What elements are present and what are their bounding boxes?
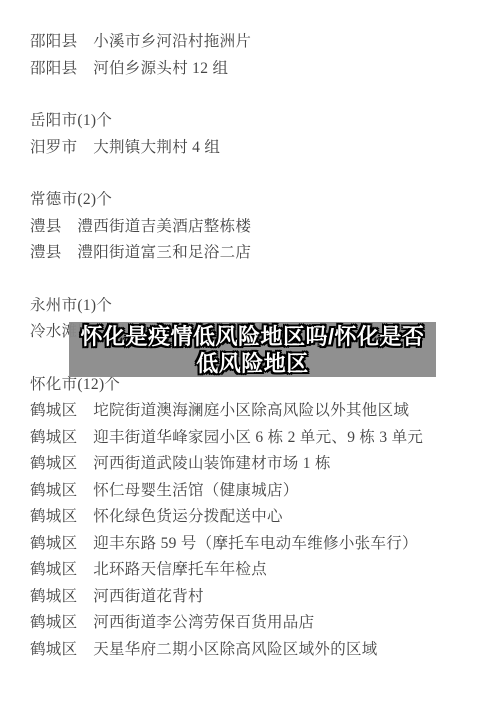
risk-list-line: 邵阳县 小溪市乡河沿村拖洲片 bbox=[30, 29, 500, 56]
risk-list-line: 鹤城区 迎丰东路 59 号（摩托车电动车维修小张车行） bbox=[30, 531, 500, 558]
risk-list-line: 鹤城区 天星华府二期小区除高风险区域外的区域 bbox=[30, 637, 500, 664]
risk-section: 岳阳市(1)个汨罗市 大荆镇大荆村 4 组 bbox=[30, 108, 500, 161]
watermark-title-line1: 怀化是疫情低风险地区吗/怀化是否 bbox=[69, 323, 436, 350]
risk-list-line: 鹤城区 坨院街道澳海澜庭小区除高风险以外其他区域 bbox=[30, 398, 500, 425]
risk-list-line: 鹤城区 北环路天信摩托车年检点 bbox=[30, 557, 500, 584]
risk-section: 邵阳县 小溪市乡河沿村拖洲片邵阳县 河伯乡源头村 12 组 bbox=[30, 29, 500, 82]
risk-list-line: 澧县 澧西街道吉美酒店整栋楼 bbox=[30, 214, 500, 241]
risk-list-line: 邵阳县 河伯乡源头村 12 组 bbox=[30, 56, 500, 83]
risk-list-line: 永州市(1)个 bbox=[30, 293, 500, 320]
risk-list-line: 鹤城区 怀仁母婴生活馆（健康城店） bbox=[30, 478, 500, 505]
risk-section: 常德市(2)个澧县 澧西街道吉美酒店整栋楼澧县 澧阳街道富三和足浴二店 bbox=[30, 187, 500, 267]
risk-list-line: 鹤城区 河西街道李公湾劳保百货用品店 bbox=[30, 610, 500, 637]
watermark-overlay: 怀化是疫情低风险地区吗/怀化是否 低风险地区 bbox=[69, 322, 436, 377]
risk-list-line: 鹤城区 迎丰街道华峰家园小区 6 栋 2 单元、9 栋 3 单元 bbox=[30, 425, 500, 452]
risk-list-line: 岳阳市(1)个 bbox=[30, 108, 500, 135]
risk-list-line: 鹤城区 河西街道武陵山装饰建材市场 1 栋 bbox=[30, 451, 500, 478]
risk-section: 怀化市(12)个鹤城区 坨院街道澳海澜庭小区除高风险以外其他区域鹤城区 迎丰街道… bbox=[30, 372, 500, 664]
risk-list-line: 鹤城区 怀化绿色货运分拨配送中心 bbox=[30, 504, 500, 531]
risk-list-line: 汨罗市 大荆镇大荆村 4 组 bbox=[30, 135, 500, 162]
watermark-title-line2: 低风险地区 bbox=[69, 350, 436, 377]
risk-list-line: 常德市(2)个 bbox=[30, 187, 500, 214]
risk-list-line: 鹤城区 河西街道花背村 bbox=[30, 584, 500, 611]
page: { "page": { "background": "#ffffff", "te… bbox=[0, 0, 500, 707]
risk-list-line: 澧县 澧阳街道富三和足浴二店 bbox=[30, 240, 500, 267]
